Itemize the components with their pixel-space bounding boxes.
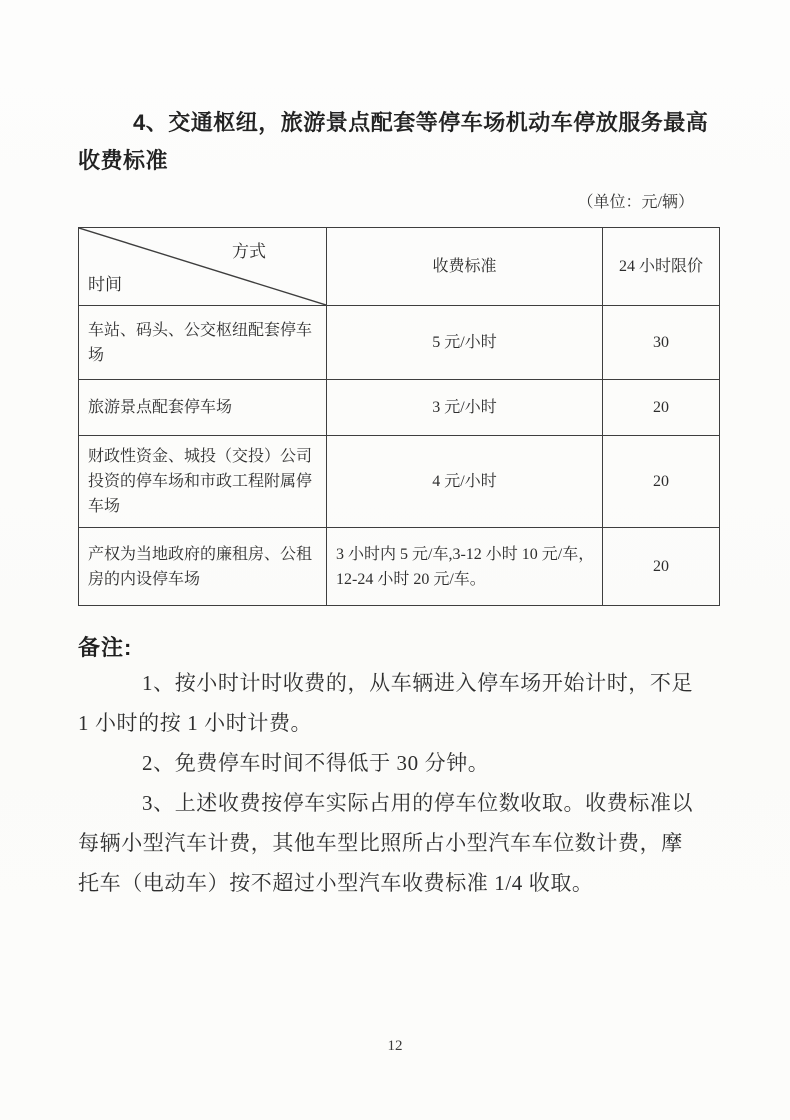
header-rate-column: 收费标准: [327, 228, 603, 306]
table-row: 旅游景点配套停车场 3 元/小时 20: [79, 380, 720, 436]
note-line: 每辆小型汽车计费，其他车型比照所占小型汽车车位数计费，摩: [78, 823, 716, 863]
cell-daily-cap: 20: [603, 528, 720, 606]
cell-rate: 3 小时内 5 元/车,3-12 小时 10 元/车，12-24 小时 20 元…: [327, 528, 603, 606]
title-line-1: 4、交通枢纽，旅游景点配套等停车场机动车停放服务最高: [78, 104, 716, 142]
table-row: 财政性资金、城投（交投）公司投资的停车场和市政工程附属停车场 4 元/小时 20: [79, 436, 720, 528]
title-line-2: 收费标准: [78, 142, 716, 180]
note-item-2: 2、免费停车时间不得低于 30 分钟。: [78, 743, 716, 783]
note-line: 托车（电动车）按不超过小型汽车收费标准 1/4 收取。: [78, 863, 716, 903]
note-line: 3、上述收费按停车实际占用的停车位数收取。收费标准以: [78, 783, 716, 823]
cell-rate: 3 元/小时: [327, 380, 603, 436]
document-content: 4、交通枢纽，旅游景点配套等停车场机动车停放服务最高 收费标准 （单位：元/辆）…: [0, 0, 790, 903]
document-title: 4、交通枢纽，旅游景点配套等停车场机动车停放服务最高 收费标准: [78, 104, 716, 180]
cell-daily-cap: 20: [603, 380, 720, 436]
note-line: 1、按小时计时收费的，从车辆进入停车场开始计时，不足: [78, 663, 716, 703]
cell-parking-type: 车站、码头、公交枢纽配套停车场: [79, 306, 327, 380]
notes-heading: 备注:: [78, 633, 716, 663]
cell-rate: 4 元/小时: [327, 436, 603, 528]
unit-note: （单位：元/辆）: [78, 192, 716, 214]
cell-rate: 5 元/小时: [327, 306, 603, 380]
cell-parking-type: 旅游景点配套停车场: [79, 380, 327, 436]
header-cap-column: 24 小时限价: [603, 228, 720, 306]
parking-fee-table: 方式 时间 收费标准 24 小时限价 车站、码头、公交枢纽配套停车场 5 元/小…: [78, 227, 720, 606]
page-number: 12: [0, 1038, 790, 1055]
cell-parking-type: 财政性资金、城投（交投）公司投资的停车场和市政工程附属停车场: [79, 436, 327, 528]
note-line: 2、免费停车时间不得低于 30 分钟。: [78, 743, 716, 783]
note-item-3: 3、上述收费按停车实际占用的停车位数收取。收费标准以 每辆小型汽车计费，其他车型…: [78, 783, 716, 903]
table-header-row: 方式 时间 收费标准 24 小时限价: [79, 228, 720, 306]
header-axis-time: 时间: [88, 272, 122, 297]
note-line: 1 小时的按 1 小时计费。: [78, 703, 716, 743]
cell-daily-cap: 20: [603, 436, 720, 528]
table-row: 车站、码头、公交枢纽配套停车场 5 元/小时 30: [79, 306, 720, 380]
header-axis-method: 方式: [232, 239, 266, 264]
table-row: 产权为当地政府的廉租房、公租房的内设停车场 3 小时内 5 元/车,3-12 小…: [79, 528, 720, 606]
note-item-1: 1、按小时计时收费的，从车辆进入停车场开始计时，不足 1 小时的按 1 小时计费…: [78, 663, 716, 743]
cell-daily-cap: 30: [603, 306, 720, 380]
diagonal-header-cell: 方式 时间: [79, 228, 327, 306]
cell-parking-type: 产权为当地政府的廉租房、公租房的内设停车场: [79, 528, 327, 606]
scanned-document-page: 4、交通枢纽，旅游景点配套等停车场机动车停放服务最高 收费标准 （单位：元/辆）…: [0, 0, 790, 1120]
notes-section: 备注: 1、按小时计时收费的，从车辆进入停车场开始计时，不足 1 小时的按 1 …: [78, 633, 716, 903]
